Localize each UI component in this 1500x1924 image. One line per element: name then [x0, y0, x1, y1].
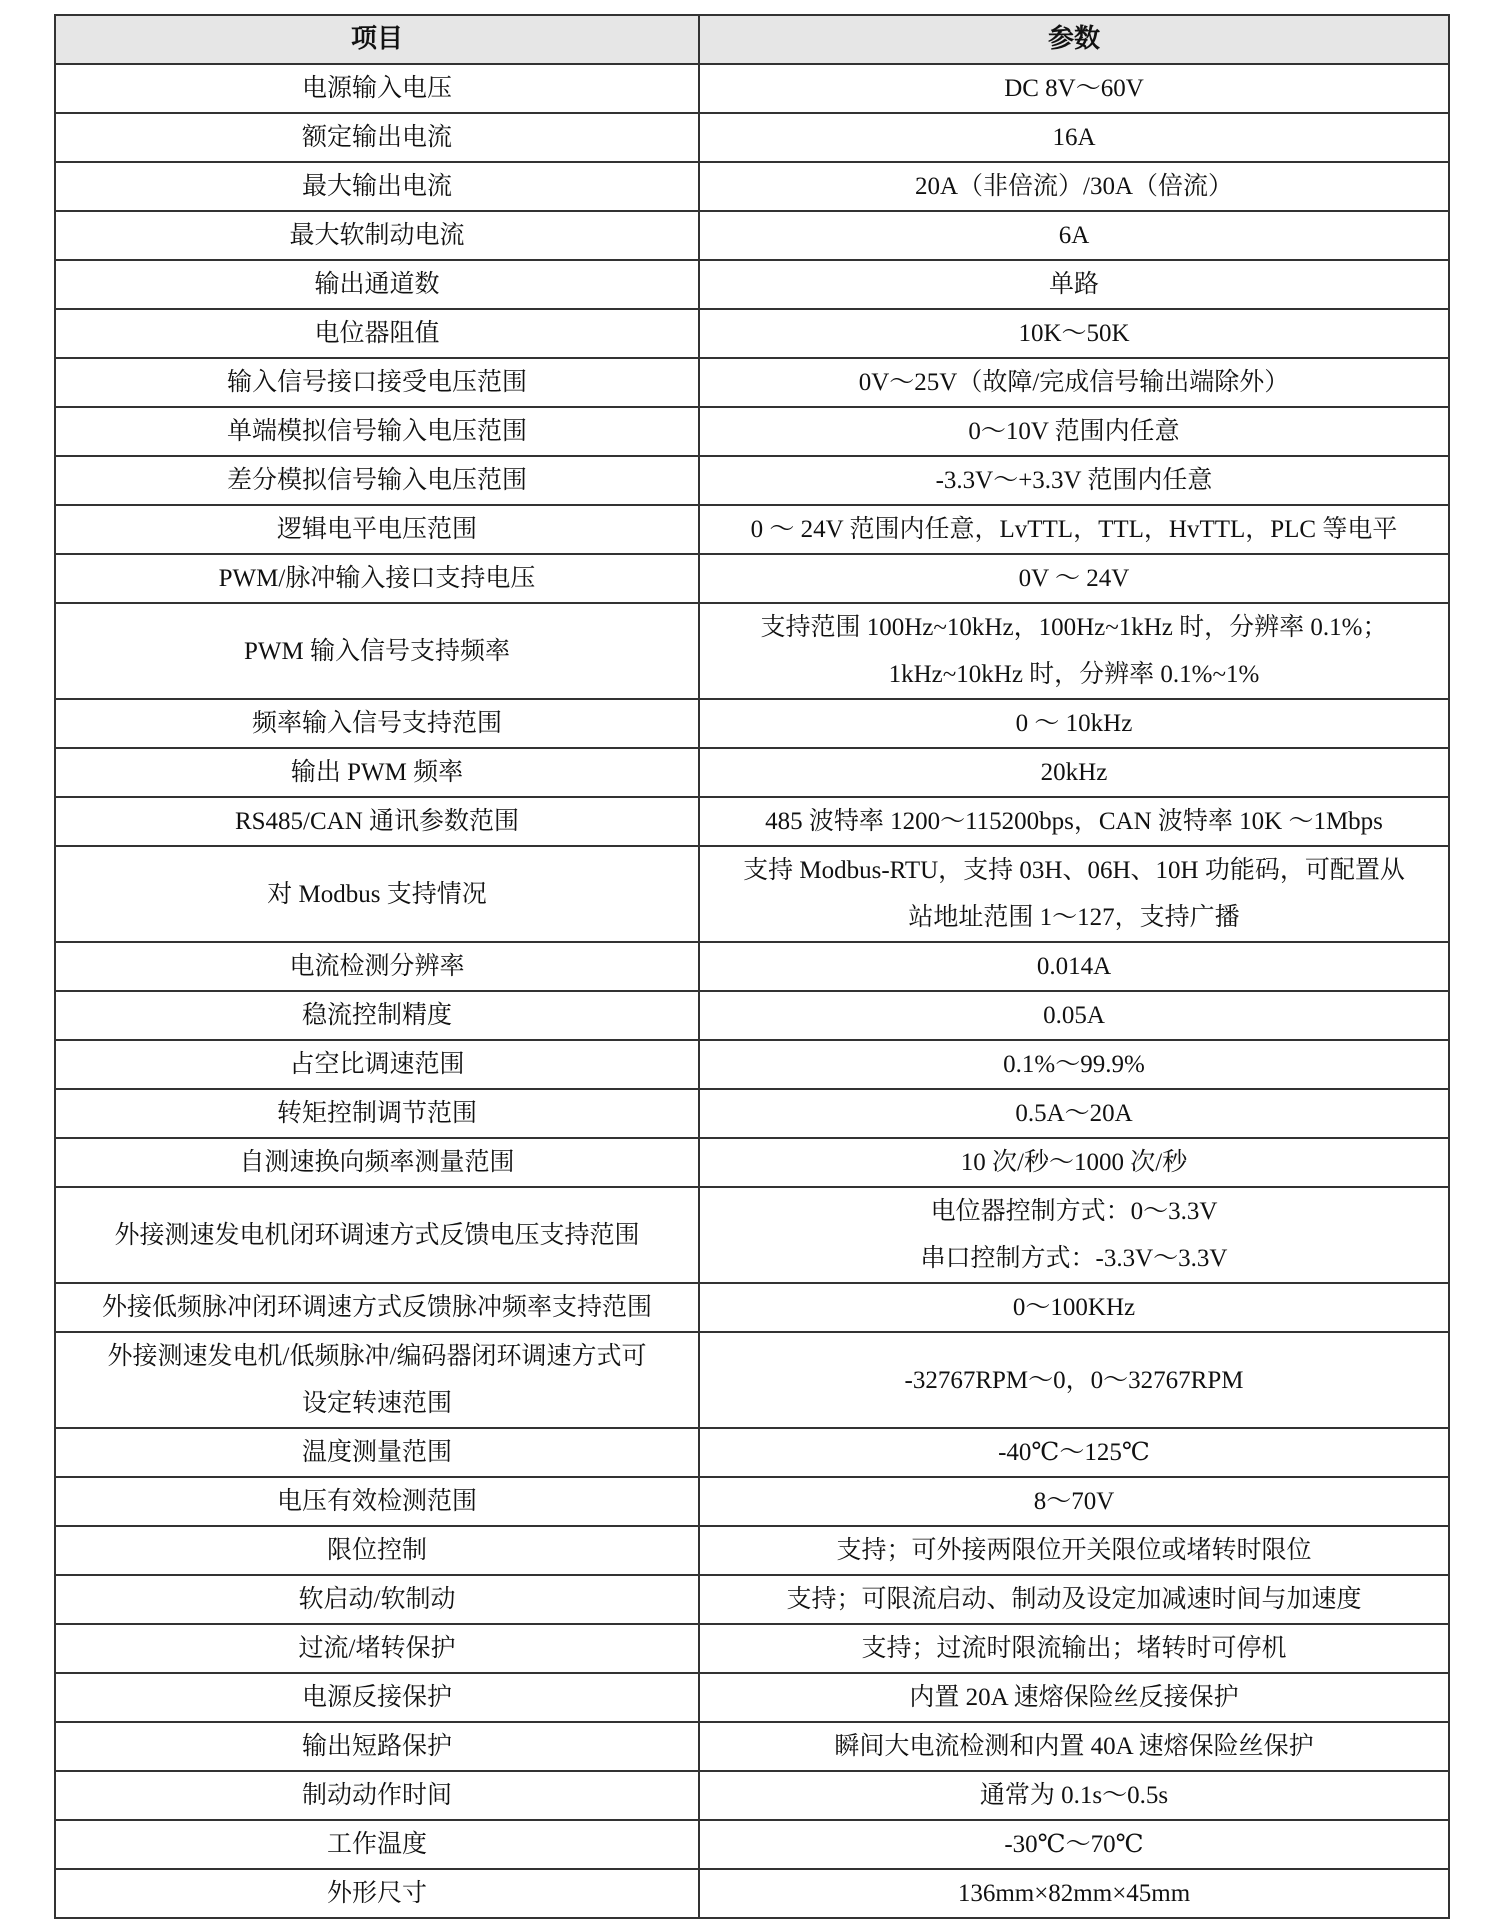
- value-text: 支持；可限流启动、制动及设定加减速时间与加速度: [708, 1576, 1440, 1623]
- item-text: 占空比调速范围: [64, 1041, 690, 1088]
- item-cell: 外形尺寸: [55, 1869, 699, 1918]
- value-text: 0～10V 范围内任意: [708, 408, 1440, 455]
- item-text: 对 Modbus 支持情况: [64, 871, 690, 918]
- item-text: 外接低频脉冲闭环调速方式反馈脉冲频率支持范围: [64, 1284, 690, 1331]
- value-text: 16A: [708, 114, 1440, 161]
- value-cell: 支持范围 100Hz~10kHz，100Hz~1kHz 时，分辨率 0.1%；1…: [699, 603, 1449, 699]
- item-cell: 最大软制动电流: [55, 211, 699, 260]
- value-text: 20A（非倍流）/30A（倍流）: [708, 163, 1440, 210]
- value-cell: 8～70V: [699, 1477, 1449, 1526]
- item-cell: 电源输入电压: [55, 64, 699, 113]
- value-text: 0 ～ 10kHz: [708, 700, 1440, 747]
- value-cell: 0 ～ 24V 范围内任意，LvTTL，TTL，HvTTL，PLC 等电平: [699, 505, 1449, 554]
- value-cell: 0～100KHz: [699, 1283, 1449, 1332]
- item-cell: 软启动/软制动: [55, 1575, 699, 1624]
- value-text: 8～70V: [708, 1478, 1440, 1525]
- table-row: 自测速换向频率测量范围10 次/秒～1000 次/秒: [55, 1138, 1449, 1187]
- table-row: 频率输入信号支持范围0 ～ 10kHz: [55, 699, 1449, 748]
- table-row: 制动动作时间通常为 0.1s～0.5s: [55, 1771, 1449, 1820]
- table-row: 外接测速发电机/低频脉冲/编码器闭环调速方式可设定转速范围-32767RPM～0…: [55, 1332, 1449, 1428]
- value-cell: 支持 Modbus-RTU，支持 03H、06H、10H 功能码，可配置从站地址…: [699, 846, 1449, 942]
- item-cell: 差分模拟信号输入电压范围: [55, 456, 699, 505]
- item-cell: 最大输出电流: [55, 162, 699, 211]
- table-row: PWM 输入信号支持频率支持范围 100Hz~10kHz，100Hz~1kHz …: [55, 603, 1449, 699]
- table-row: 过流/堵转保护支持；过流时限流输出；堵转时可停机: [55, 1624, 1449, 1673]
- table-row: 对 Modbus 支持情况支持 Modbus-RTU，支持 03H、06H、10…: [55, 846, 1449, 942]
- item-text: 稳流控制精度: [64, 992, 690, 1039]
- value-text: 支持范围 100Hz~10kHz，100Hz~1kHz 时，分辨率 0.1%；: [708, 604, 1440, 651]
- item-text: 频率输入信号支持范围: [64, 700, 690, 747]
- value-text: 0.05A: [708, 992, 1440, 1039]
- item-cell: 自测速换向频率测量范围: [55, 1138, 699, 1187]
- value-cell: -32767RPM～0，0～32767RPM: [699, 1332, 1449, 1428]
- item-cell: 限位控制: [55, 1526, 699, 1575]
- value-cell: 20kHz: [699, 748, 1449, 797]
- item-text: 外接测速发电机闭环调速方式反馈电压支持范围: [64, 1212, 690, 1259]
- item-text: 外形尺寸: [64, 1870, 690, 1917]
- value-text: 站地址范围 1～127，支持广播: [708, 894, 1440, 941]
- table-row: 电源输入电压DC 8V～60V: [55, 64, 1449, 113]
- value-text: -40℃～125℃: [708, 1429, 1440, 1476]
- value-cell: 0 ～ 10kHz: [699, 699, 1449, 748]
- table-row: RS485/CAN 通讯参数范围485 波特率 1200～115200bps，C…: [55, 797, 1449, 846]
- value-cell: 10 次/秒～1000 次/秒: [699, 1138, 1449, 1187]
- item-text: 差分模拟信号输入电压范围: [64, 457, 690, 504]
- item-text: 输入信号接口接受电压范围: [64, 359, 690, 406]
- value-text: 串口控制方式：-3.3V～3.3V: [708, 1235, 1440, 1282]
- column-header-parameter: 参数: [699, 15, 1449, 64]
- item-cell: 过流/堵转保护: [55, 1624, 699, 1673]
- value-cell: 0.1%～99.9%: [699, 1040, 1449, 1089]
- value-text: 136mm×82mm×45mm: [708, 1870, 1440, 1917]
- value-text: 6A: [708, 212, 1440, 259]
- value-cell: 支持；过流时限流输出；堵转时可停机: [699, 1624, 1449, 1673]
- table-row: 外接低频脉冲闭环调速方式反馈脉冲频率支持范围0～100KHz: [55, 1283, 1449, 1332]
- value-cell: 6A: [699, 211, 1449, 260]
- item-cell: 电压有效检测范围: [55, 1477, 699, 1526]
- value-cell: -3.3V～+3.3V 范围内任意: [699, 456, 1449, 505]
- value-cell: 通常为 0.1s～0.5s: [699, 1771, 1449, 1820]
- item-text: 最大软制动电流: [64, 212, 690, 259]
- value-text: 0V～25V（故障/完成信号输出端除外）: [708, 359, 1440, 406]
- item-text: 电压有效检测范围: [64, 1478, 690, 1525]
- table-row: 输入信号接口接受电压范围0V～25V（故障/完成信号输出端除外）: [55, 358, 1449, 407]
- value-cell: 0V～25V（故障/完成信号输出端除外）: [699, 358, 1449, 407]
- table-row: 软启动/软制动支持；可限流启动、制动及设定加减速时间与加速度: [55, 1575, 1449, 1624]
- column-header-item: 项目: [55, 15, 699, 64]
- value-text: 电位器控制方式：0～3.3V: [708, 1188, 1440, 1235]
- item-cell: 电位器阻值: [55, 309, 699, 358]
- item-cell: PWM 输入信号支持频率: [55, 603, 699, 699]
- item-cell: 输出短路保护: [55, 1722, 699, 1771]
- value-text: 0.014A: [708, 943, 1440, 990]
- item-text: 制动动作时间: [64, 1772, 690, 1819]
- value-cell: 瞬间大电流检测和内置 40A 速熔保险丝保护: [699, 1722, 1449, 1771]
- item-text: PWM 输入信号支持频率: [64, 628, 690, 675]
- table-row: 电源反接保护内置 20A 速熔保险丝反接保护: [55, 1673, 1449, 1722]
- item-cell: 稳流控制精度: [55, 991, 699, 1040]
- value-text: 10 次/秒～1000 次/秒: [708, 1139, 1440, 1186]
- table-row: 额定输出电流16A: [55, 113, 1449, 162]
- item-text: 工作温度: [64, 1821, 690, 1868]
- table-row: 占空比调速范围0.1%～99.9%: [55, 1040, 1449, 1089]
- value-cell: 电位器控制方式：0～3.3V串口控制方式：-3.3V～3.3V: [699, 1187, 1449, 1283]
- spec-table-body: 电源输入电压DC 8V～60V额定输出电流16A最大输出电流20A（非倍流）/3…: [55, 64, 1449, 1918]
- table-row: 逻辑电平电压范围0 ～ 24V 范围内任意，LvTTL，TTL，HvTTL，PL…: [55, 505, 1449, 554]
- item-cell: 制动动作时间: [55, 1771, 699, 1820]
- item-cell: 温度测量范围: [55, 1428, 699, 1477]
- item-cell: 频率输入信号支持范围: [55, 699, 699, 748]
- table-row: 电压有效检测范围8～70V: [55, 1477, 1449, 1526]
- value-text: 485 波特率 1200～115200bps，CAN 波特率 10K ～1Mbp…: [708, 798, 1440, 845]
- item-text: 电流检测分辨率: [64, 943, 690, 990]
- value-text: 0～100KHz: [708, 1284, 1440, 1331]
- value-text: 支持；可外接两限位开关限位或堵转时限位: [708, 1527, 1440, 1574]
- value-text: 0V ～ 24V: [708, 555, 1440, 602]
- value-text: 内置 20A 速熔保险丝反接保护: [708, 1674, 1440, 1721]
- item-text: 电源反接保护: [64, 1674, 690, 1721]
- value-text: 0 ～ 24V 范围内任意，LvTTL，TTL，HvTTL，PLC 等电平: [708, 506, 1440, 553]
- item-cell: 外接测速发电机/低频脉冲/编码器闭环调速方式可设定转速范围: [55, 1332, 699, 1428]
- value-cell: 485 波特率 1200～115200bps，CAN 波特率 10K ～1Mbp…: [699, 797, 1449, 846]
- value-text: 瞬间大电流检测和内置 40A 速熔保险丝保护: [708, 1723, 1440, 1770]
- item-text: 电位器阻值: [64, 310, 690, 357]
- value-text: 10K～50K: [708, 310, 1440, 357]
- table-row: 外形尺寸136mm×82mm×45mm: [55, 1869, 1449, 1918]
- table-row: 最大输出电流20A（非倍流）/30A（倍流）: [55, 162, 1449, 211]
- item-text: 转矩控制调节范围: [64, 1090, 690, 1137]
- item-text: 输出通道数: [64, 261, 690, 308]
- item-text: 输出 PWM 频率: [64, 749, 690, 796]
- spec-table: 项目 参数 电源输入电压DC 8V～60V额定输出电流16A最大输出电流20A（…: [54, 14, 1450, 1919]
- value-cell: 0V ～ 24V: [699, 554, 1449, 603]
- value-text: 20kHz: [708, 749, 1440, 796]
- item-cell: 逻辑电平电压范围: [55, 505, 699, 554]
- item-text: 过流/堵转保护: [64, 1625, 690, 1672]
- table-row: 差分模拟信号输入电压范围-3.3V～+3.3V 范围内任意: [55, 456, 1449, 505]
- value-cell: 支持；可限流启动、制动及设定加减速时间与加速度: [699, 1575, 1449, 1624]
- item-cell: 单端模拟信号输入电压范围: [55, 407, 699, 456]
- table-row: 输出 PWM 频率20kHz: [55, 748, 1449, 797]
- value-cell: 0.05A: [699, 991, 1449, 1040]
- item-cell: 外接测速发电机闭环调速方式反馈电压支持范围: [55, 1187, 699, 1283]
- value-text: 单路: [708, 261, 1440, 308]
- value-text: 1kHz~10kHz 时，分辨率 0.1%~1%: [708, 651, 1440, 698]
- table-row: 限位控制支持；可外接两限位开关限位或堵转时限位: [55, 1526, 1449, 1575]
- table-row: 电流检测分辨率0.014A: [55, 942, 1449, 991]
- table-row: 温度测量范围-40℃～125℃: [55, 1428, 1449, 1477]
- item-text: 单端模拟信号输入电压范围: [64, 408, 690, 455]
- value-text: DC 8V～60V: [708, 65, 1440, 112]
- table-row: PWM/脉冲输入接口支持电压0V ～ 24V: [55, 554, 1449, 603]
- table-row: 稳流控制精度0.05A: [55, 991, 1449, 1040]
- table-row: 单端模拟信号输入电压范围0～10V 范围内任意: [55, 407, 1449, 456]
- item-text: 外接测速发电机/低频脉冲/编码器闭环调速方式可: [64, 1333, 690, 1380]
- table-header-row: 项目 参数: [55, 15, 1449, 64]
- item-text: 温度测量范围: [64, 1429, 690, 1476]
- value-text: -30℃～70℃: [708, 1821, 1440, 1868]
- item-cell: 电源反接保护: [55, 1673, 699, 1722]
- table-row: 最大软制动电流6A: [55, 211, 1449, 260]
- item-text: PWM/脉冲输入接口支持电压: [64, 555, 690, 602]
- value-cell: -40℃～125℃: [699, 1428, 1449, 1477]
- item-text: 软启动/软制动: [64, 1576, 690, 1623]
- item-text: 自测速换向频率测量范围: [64, 1139, 690, 1186]
- item-cell: 电流检测分辨率: [55, 942, 699, 991]
- item-cell: 外接低频脉冲闭环调速方式反馈脉冲频率支持范围: [55, 1283, 699, 1332]
- item-cell: 占空比调速范围: [55, 1040, 699, 1089]
- value-text: -3.3V～+3.3V 范围内任意: [708, 457, 1440, 504]
- item-text: 输出短路保护: [64, 1723, 690, 1770]
- item-cell: 对 Modbus 支持情况: [55, 846, 699, 942]
- value-text: -32767RPM～0，0～32767RPM: [708, 1357, 1440, 1404]
- table-row: 输出短路保护瞬间大电流检测和内置 40A 速熔保险丝保护: [55, 1722, 1449, 1771]
- item-cell: 工作温度: [55, 1820, 699, 1869]
- item-cell: 输入信号接口接受电压范围: [55, 358, 699, 407]
- item-cell: 额定输出电流: [55, 113, 699, 162]
- table-row: 输出通道数单路: [55, 260, 1449, 309]
- value-text: 通常为 0.1s～0.5s: [708, 1772, 1440, 1819]
- table-row: 工作温度-30℃～70℃: [55, 1820, 1449, 1869]
- value-cell: DC 8V～60V: [699, 64, 1449, 113]
- value-text: 支持；过流时限流输出；堵转时可停机: [708, 1625, 1440, 1672]
- item-cell: 输出通道数: [55, 260, 699, 309]
- value-cell: 0～10V 范围内任意: [699, 407, 1449, 456]
- value-cell: 10K～50K: [699, 309, 1449, 358]
- item-text: 限位控制: [64, 1527, 690, 1574]
- item-text: 设定转速范围: [64, 1380, 690, 1427]
- value-text: 0.1%～99.9%: [708, 1041, 1440, 1088]
- item-text: RS485/CAN 通讯参数范围: [64, 798, 690, 845]
- value-cell: 0.014A: [699, 942, 1449, 991]
- item-cell: PWM/脉冲输入接口支持电压: [55, 554, 699, 603]
- item-text: 电源输入电压: [64, 65, 690, 112]
- value-cell: 内置 20A 速熔保险丝反接保护: [699, 1673, 1449, 1722]
- table-row: 转矩控制调节范围0.5A～20A: [55, 1089, 1449, 1138]
- value-cell: 136mm×82mm×45mm: [699, 1869, 1449, 1918]
- value-text: 支持 Modbus-RTU，支持 03H、06H、10H 功能码，可配置从: [708, 847, 1440, 894]
- value-cell: 16A: [699, 113, 1449, 162]
- table-row: 电位器阻值10K～50K: [55, 309, 1449, 358]
- value-text: 0.5A～20A: [708, 1090, 1440, 1137]
- item-text: 逻辑电平电压范围: [64, 506, 690, 553]
- item-text: 额定输出电流: [64, 114, 690, 161]
- item-text: 最大输出电流: [64, 163, 690, 210]
- value-cell: 0.5A～20A: [699, 1089, 1449, 1138]
- value-cell: 单路: [699, 260, 1449, 309]
- value-cell: -30℃～70℃: [699, 1820, 1449, 1869]
- item-cell: 输出 PWM 频率: [55, 748, 699, 797]
- item-cell: 转矩控制调节范围: [55, 1089, 699, 1138]
- value-cell: 支持；可外接两限位开关限位或堵转时限位: [699, 1526, 1449, 1575]
- value-cell: 20A（非倍流）/30A（倍流）: [699, 162, 1449, 211]
- item-cell: RS485/CAN 通讯参数范围: [55, 797, 699, 846]
- table-row: 外接测速发电机闭环调速方式反馈电压支持范围电位器控制方式：0～3.3V串口控制方…: [55, 1187, 1449, 1283]
